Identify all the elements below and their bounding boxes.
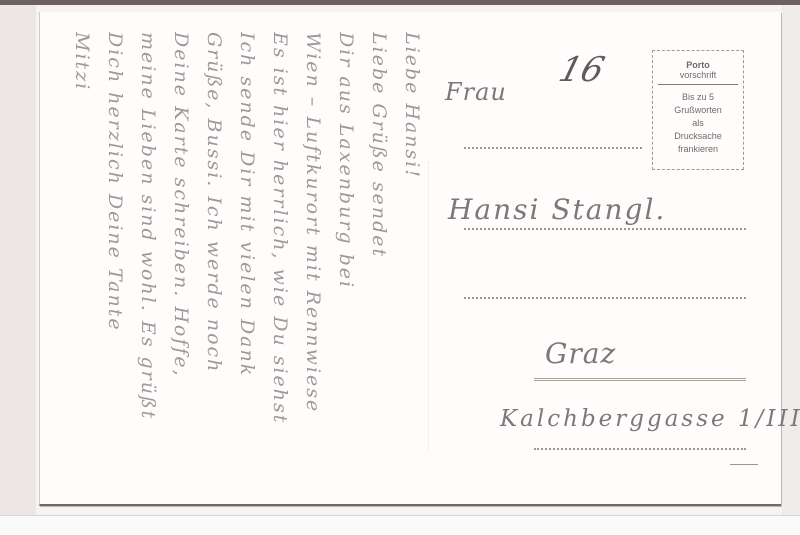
scan-right-margin	[782, 5, 800, 515]
message-line: meine Lieben sind wohl. Es grüßt	[131, 32, 164, 492]
address-line-4	[534, 378, 746, 381]
message-line: Liebe Grüße sendet	[362, 32, 395, 492]
address-street: Kalchberggasse 1/III	[500, 406, 800, 432]
stamp-line: frankieren	[653, 143, 743, 156]
handwritten-message: Liebe Hansi! Liebe Grüße sendet Dir aus …	[48, 22, 428, 492]
stamp-title: Porto	[653, 60, 743, 70]
message-line: Dich herzlich Deine Tante	[98, 32, 131, 492]
stamp-rule	[658, 84, 738, 85]
scan-top-edge	[0, 0, 800, 5]
message-line: Grüße, Bussi. Ich werde noch	[197, 32, 230, 492]
stamp-line: Bis zu 5	[653, 91, 743, 104]
stamp-line: als	[653, 117, 743, 130]
address-line-5	[534, 448, 746, 450]
message-line: Ich sende Dir mit vielen Dank	[230, 32, 263, 492]
stamp-box: Porto vorschrift Bis zu 5 Grußworten als…	[652, 50, 744, 170]
postcard: Liebe Hansi! Liebe Grüße sendet Dir aus …	[39, 12, 781, 506]
stamp-line: Grußworten	[653, 104, 743, 117]
address-salutation: Frau	[445, 78, 507, 106]
message-text-rotated: Liebe Hansi! Liebe Grüße sendet Dir aus …	[48, 32, 428, 492]
message-line: Liebe Hansi!	[395, 32, 428, 492]
scan-left-margin	[0, 5, 36, 515]
message-line: Dir aus Laxenburg bei	[329, 32, 362, 492]
message-line: Wien – Luftkurort mit Rennwiese	[296, 32, 329, 492]
address-name: Hansi Stangl.	[448, 193, 666, 226]
center-divider	[428, 162, 429, 452]
stamp-line: Drucksache	[653, 130, 743, 143]
message-line: Deine Karte schreiben. Hoffe,	[164, 32, 197, 492]
address-number: 16	[555, 50, 609, 90]
address-line-1	[464, 147, 642, 149]
message-line: Mitzi	[65, 32, 98, 492]
message-line: Es ist hier herrlich, wie Du siehst	[263, 32, 296, 492]
address-underline-short	[730, 464, 758, 465]
address-line-3	[464, 297, 746, 299]
scan-bottom-margin	[0, 515, 800, 535]
address-city: Graz	[545, 337, 616, 370]
address-line-2	[464, 228, 746, 230]
stamp-subtitle: vorschrift	[653, 70, 743, 81]
